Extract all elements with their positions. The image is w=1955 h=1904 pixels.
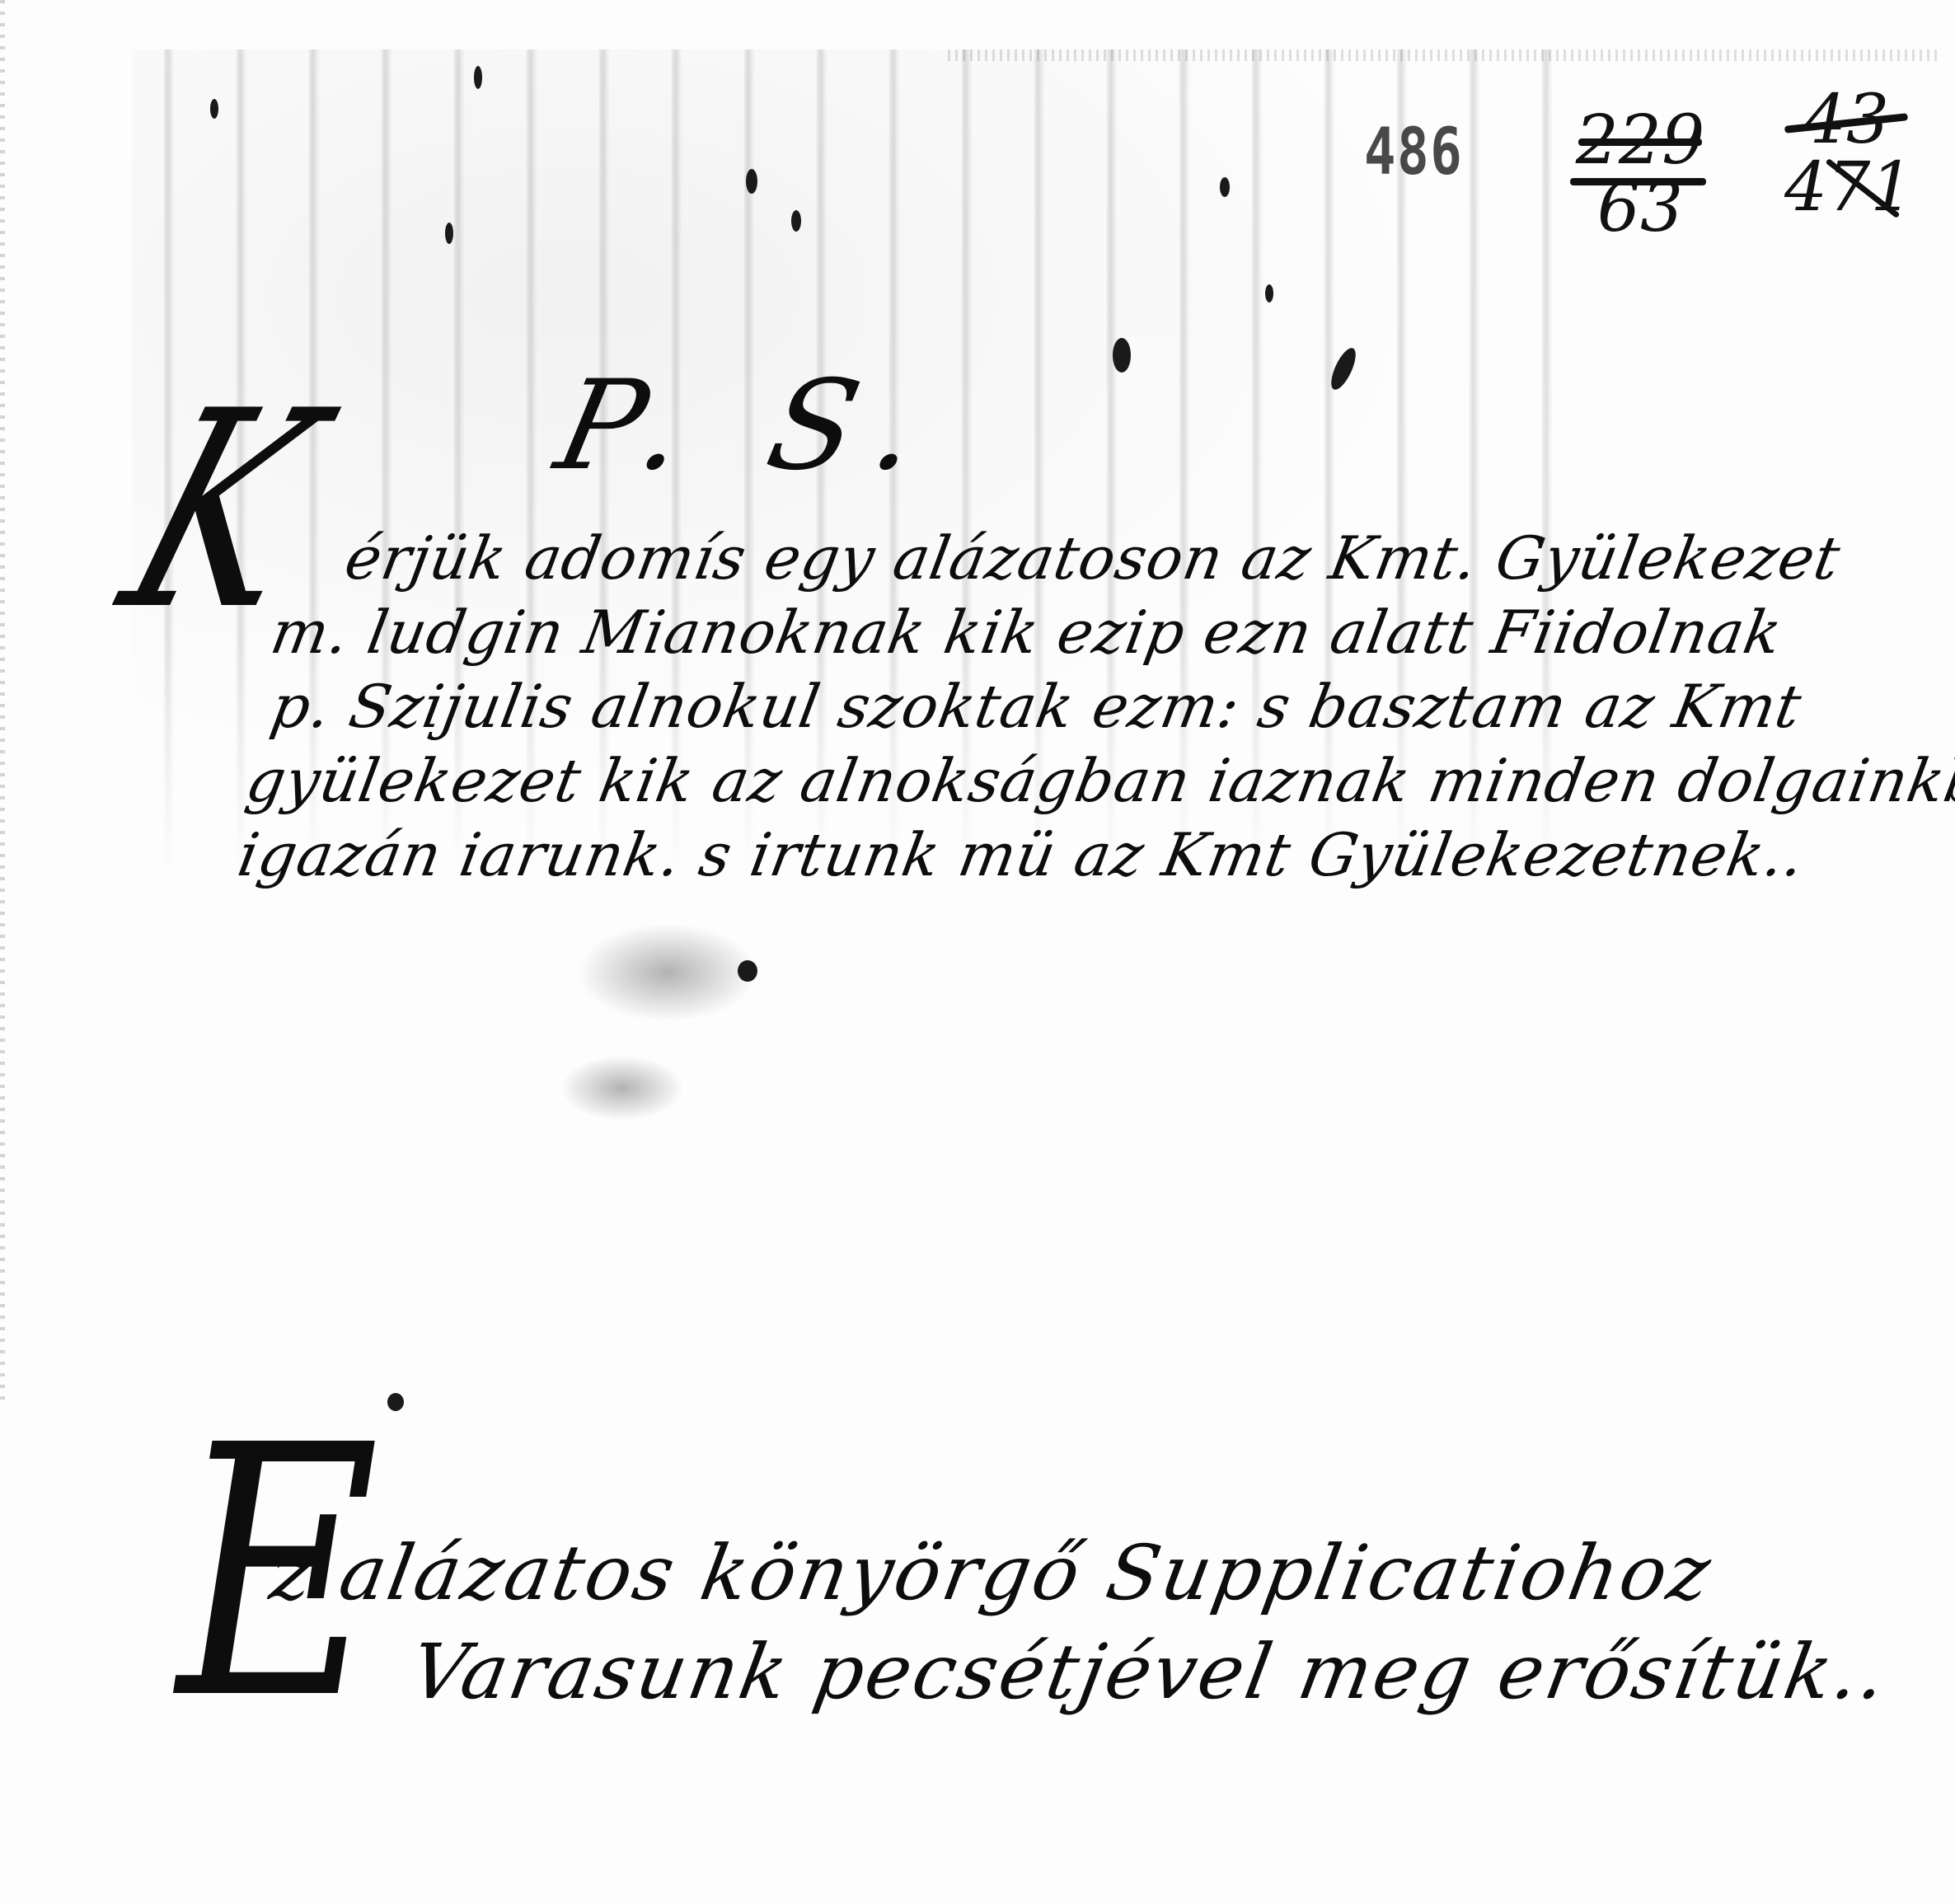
ink-blot bbox=[1113, 338, 1131, 373]
strikethrough-line bbox=[1570, 178, 1706, 185]
closing-text-line: z alázatos könyörgő Supplicatiohoz bbox=[265, 1529, 1719, 1617]
closing-text-line: Varasunk pecsétjével meg erősítük.. bbox=[405, 1628, 1896, 1716]
main-text-line: igazán iarunk. s irtunk mü az Kmt Gyülek… bbox=[233, 820, 1810, 889]
crossed-folio-number: 229 63 bbox=[1570, 107, 1710, 242]
strikethrough-line bbox=[1578, 138, 1702, 146]
main-text-line: p. Szijulis alnokul szoktak ezm: s baszt… bbox=[266, 672, 1807, 741]
manuscript-page: 486 229 63 43 471 P. S. K érjük adomís e… bbox=[0, 0, 1955, 1904]
main-text-line: gyülekezet kik az alnokságban iaznak min… bbox=[241, 746, 1955, 815]
ink-blot bbox=[210, 99, 218, 119]
ink-blot bbox=[746, 169, 757, 194]
left-margin-edge bbox=[0, 0, 5, 1401]
ink-smudge bbox=[577, 923, 758, 1022]
crossed-folio-number: 43 471 bbox=[1784, 87, 1908, 222]
initial-flourish-dot bbox=[387, 1393, 404, 1411]
ink-blot bbox=[1220, 177, 1230, 197]
scan-edge-noise bbox=[948, 49, 1937, 61]
main-text-line: m. ludgin Mianoknak kik ezip ezn alatt F… bbox=[266, 598, 1788, 667]
ink-blot bbox=[791, 210, 801, 232]
ink-blot bbox=[474, 66, 482, 89]
ink-blot bbox=[445, 223, 453, 244]
main-text-line: érjük adomís egy alázatoson az Kmt. Gyül… bbox=[340, 523, 1886, 593]
archive-stamp-number: 486 bbox=[1364, 115, 1463, 190]
postscript-heading: P. S. bbox=[546, 354, 956, 498]
ink-blot bbox=[1265, 284, 1273, 302]
ink-smudge bbox=[560, 1055, 684, 1121]
